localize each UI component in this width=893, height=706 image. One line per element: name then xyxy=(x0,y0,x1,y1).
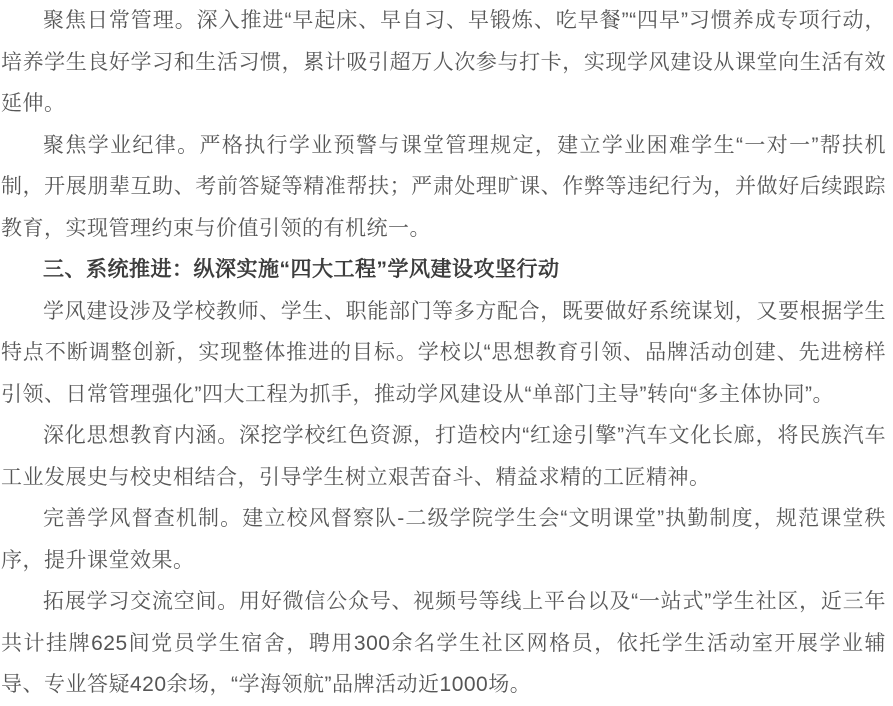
section-heading-four-projects: 三、系统推进：纵深实施“四大工程”学风建设攻坚行动 xyxy=(1,249,886,291)
paragraph-system-planning: 学风建设涉及学校教师、学生、职能部门等多方配合，既要做好系统谋划，又要根据学生特… xyxy=(1,291,886,416)
paragraph-ideological-education: 深化思想教育内涵。深挖学校红色资源，打造校内“红途引擎”汽车文化长廊，将民族汽车… xyxy=(1,415,886,498)
paragraph-academic-discipline: 聚焦学业纪律。严格执行学业预警与课堂管理规定，建立学业困难学生“一对一”帮扶机制… xyxy=(1,125,886,250)
article-body: 聚焦日常管理。深入推进“早起床、早自习、早锻炼、吃早餐”“四早”习惯养成专项行动… xyxy=(0,0,893,706)
paragraph-learning-space: 拓展学习交流空间。用好微信公众号、视频号等线上平台以及“一站式”学生社区，近三年… xyxy=(1,581,886,706)
paragraph-daily-management: 聚焦日常管理。深入推进“早起床、早自习、早锻炼、吃早餐”“四早”习惯养成专项行动… xyxy=(1,0,886,125)
paragraph-supervision-mechanism: 完善学风督查机制。建立校风督察队-二级学院学生会“文明课堂”执勤制度，规范课堂秩… xyxy=(1,498,886,581)
